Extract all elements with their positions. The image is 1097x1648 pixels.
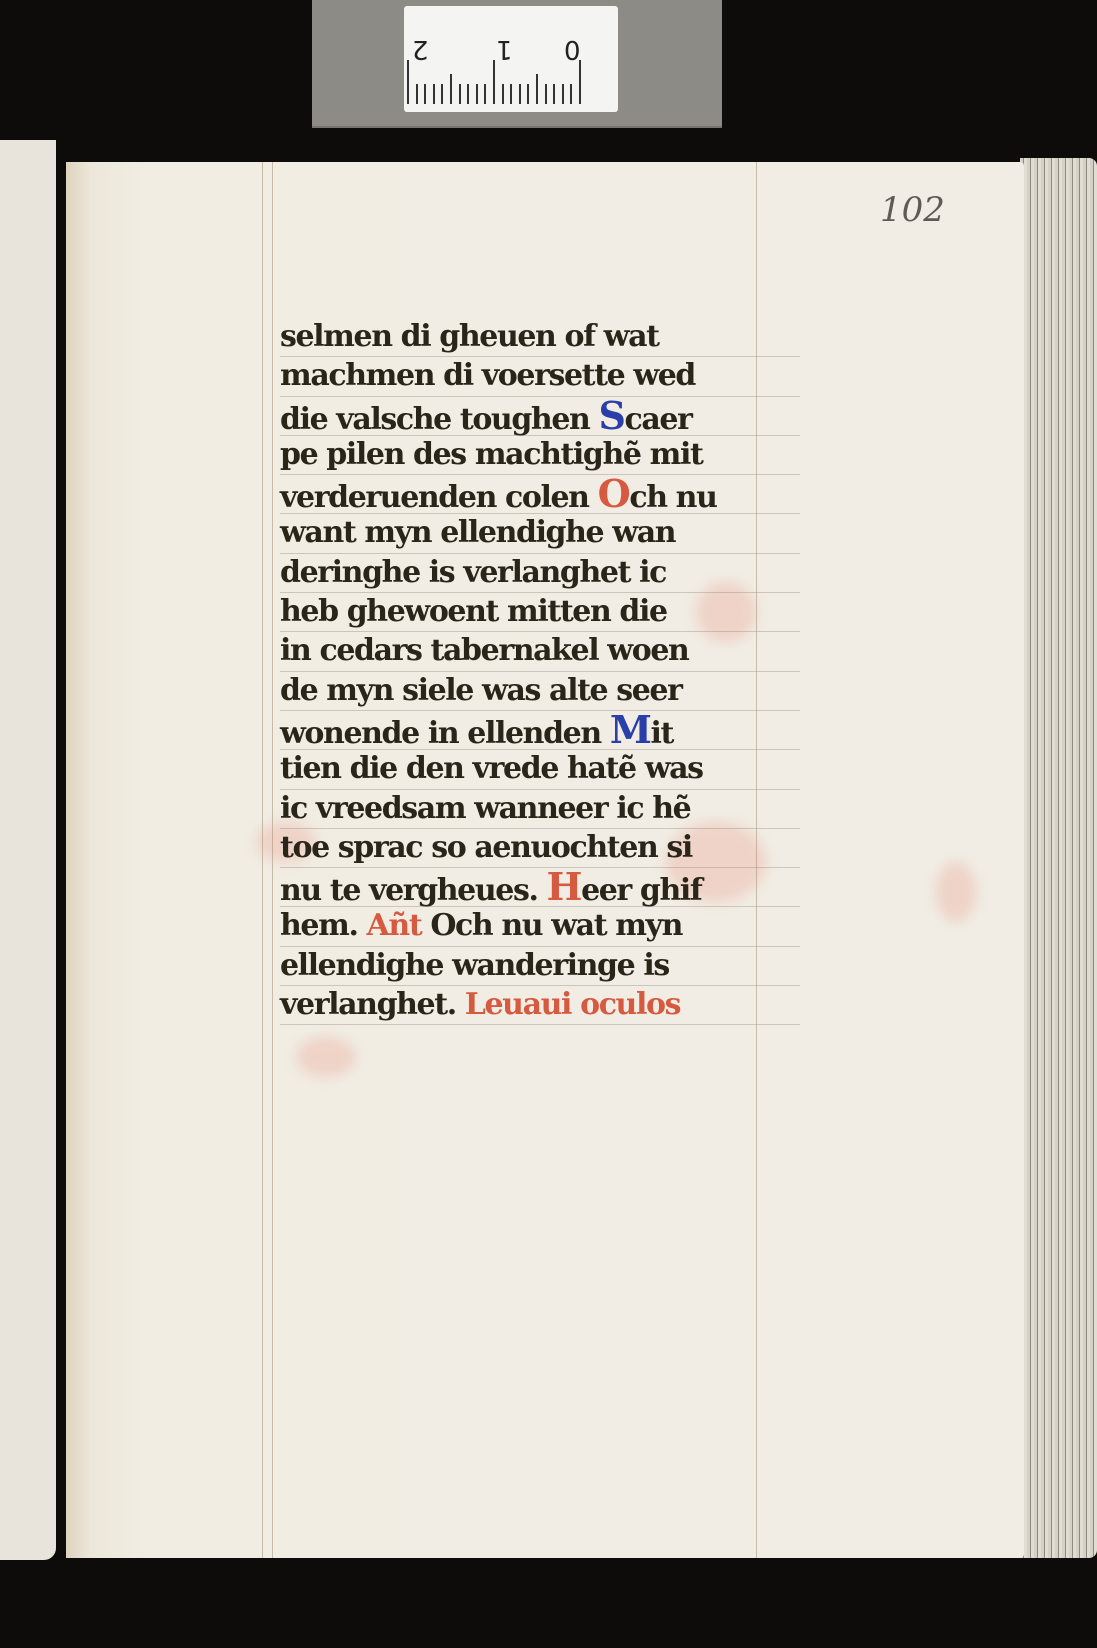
text-line: nu te vergheues. Heer ghif (280, 868, 800, 907)
ruler-tick (553, 84, 555, 104)
text-span: selmen di gheuen of wat (280, 319, 659, 354)
text-span: it (650, 716, 672, 751)
ruler-tick (527, 84, 529, 104)
text-line: verlanghet. Leuaui oculos (280, 986, 800, 1025)
ruler-label-2: 2 (412, 34, 429, 64)
ruler-tick (484, 84, 486, 104)
ruler-tick (510, 84, 512, 104)
scale-ruler: 0 1 2 (404, 6, 618, 112)
ruler-tick (450, 74, 452, 104)
text-span: deringhe is verlanghet ic (280, 555, 666, 590)
ruler-tick (441, 84, 443, 104)
ruler-tick (579, 60, 581, 104)
text-line: de myn siele was alte seer (280, 672, 800, 711)
decorated-initial: S (598, 393, 624, 438)
text-span: de myn siele was alte seer (280, 673, 682, 708)
ruler-tick (502, 84, 504, 104)
ruler-tick (536, 74, 538, 104)
red-offset-stain (296, 1037, 356, 1077)
text-span: hem. (280, 908, 367, 943)
text-span: tien die den vrede hatẽ was (280, 751, 703, 786)
ruler-tick (545, 84, 547, 104)
text-line: verderuenden colen Och nu (280, 475, 800, 514)
text-span: caer (625, 402, 692, 437)
text-line: in cedars tabernakel woen (280, 632, 800, 671)
text-span: die valsche toughen (280, 402, 598, 437)
text-span: verderuenden colen (280, 480, 598, 515)
ruler-tick (424, 84, 426, 104)
decorated-initial: O (598, 471, 630, 516)
text-span: pe pilen des machtighẽ mit (280, 437, 702, 472)
ruler-tick (519, 84, 521, 104)
text-line: wonende in ellenden Mit (280, 711, 800, 750)
text-span: toe sprac so aenuochten si (280, 830, 692, 865)
folio-number: 102 (880, 190, 945, 230)
red-offset-stain (936, 862, 976, 922)
text-span: wonende in ellenden (280, 716, 610, 751)
ruler-tick (493, 60, 495, 104)
ruler-tick (407, 60, 409, 104)
text-span: nu te vergheues. (280, 873, 547, 908)
ruler-tick (476, 84, 478, 104)
text-span: heb ghewoent mitten die (280, 594, 667, 629)
ruling-line-left (262, 162, 263, 1558)
text-line: want myn ellendighe wan (280, 514, 800, 553)
text-span: in cedars tabernakel woen (280, 633, 688, 668)
text-line: die valsche toughen Scaer (280, 397, 800, 436)
page-fore-edge (1020, 158, 1097, 1558)
text-line: machmen di voersette wed (280, 357, 800, 396)
ruler-label-1: 1 (496, 34, 513, 64)
text-line: deringhe is verlanghet ic (280, 554, 800, 593)
text-line: selmen di gheuen of wat (280, 318, 800, 357)
text-span: want myn ellendighe wan (280, 515, 675, 550)
text-line: ic vreedsam wanneer ic hẽ (280, 790, 800, 829)
text-span: ic vreedsam wanneer ic hẽ (280, 791, 690, 826)
text-line: tien die den vrede hatẽ was (280, 750, 800, 789)
ruler-tick (433, 84, 435, 104)
text-line: pe pilen des machtighẽ mit (280, 436, 800, 475)
rubric-text: Leuaui oculos (465, 987, 680, 1022)
text-line: ellendighe wanderinge is (280, 947, 800, 986)
text-span: machmen di voersette wed (280, 358, 695, 393)
ruler-tick (467, 84, 469, 104)
decorated-initial: H (547, 864, 582, 909)
text-span: ch nu (629, 480, 716, 515)
text-block: selmen di gheuen of watmachmen di voerse… (280, 318, 800, 1025)
ruler-tick (562, 84, 564, 104)
facing-page-edge (0, 140, 56, 1560)
rubric-text: Añt (367, 908, 422, 943)
ruler-tick (570, 84, 572, 104)
text-span: Och nu wat myn (421, 908, 682, 943)
text-line: heb ghewoent mitten die (280, 593, 800, 632)
text-line: hem. Añt Och nu wat myn (280, 907, 800, 946)
decorated-initial: M (610, 707, 651, 752)
ruler-tick (416, 84, 418, 104)
text-line: toe sprac so aenuochten si (280, 829, 800, 868)
text-span: verlanghet. (280, 987, 465, 1022)
text-span: eer ghif (581, 873, 701, 908)
text-span: ellendighe wanderinge is (280, 948, 669, 983)
ruler-tick (459, 84, 461, 104)
